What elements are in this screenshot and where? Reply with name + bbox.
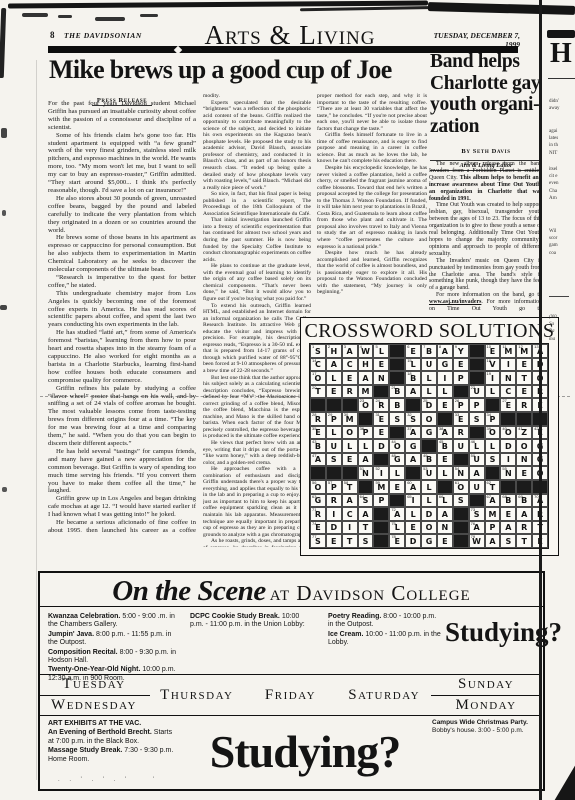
crossword-black-cell xyxy=(500,480,516,494)
crossword-cell: 76A xyxy=(469,521,485,535)
crossword-cell: E xyxy=(342,453,358,467)
solution-letter: E xyxy=(311,427,325,439)
paragraph: He became a serious aficionado of fine c… xyxy=(48,519,196,532)
crossword-cell: P xyxy=(485,521,501,535)
paragraph: But lest one think that the author appro… xyxy=(203,375,311,440)
solution-letter: G xyxy=(422,535,436,547)
solution-letter: S xyxy=(311,535,325,547)
solution-letter: M xyxy=(374,481,388,493)
crossword-black-cell xyxy=(421,439,437,453)
event-item: Kwanzaa Celebration. 5:00 - 9:00 .m. in … xyxy=(48,613,176,630)
crossword-box: CROSSWORD SOLUTIONS 1S2H3A4W5L6E7B8A9Y10… xyxy=(300,317,559,556)
crossword-cell: L xyxy=(326,371,342,385)
solution-letter: P xyxy=(374,495,388,507)
crossword-cell: E xyxy=(516,466,532,480)
crossword-cell: P xyxy=(453,371,469,385)
solution-letter: R xyxy=(327,495,341,507)
solution-letter: M xyxy=(501,345,515,357)
solution-letter: E xyxy=(454,359,468,371)
coffee-column-2: modity. Experts speculated that the desi… xyxy=(203,93,311,547)
headline-line: youth organi- xyxy=(430,94,544,116)
crossword-black-cell xyxy=(358,412,374,426)
solution-letter: L xyxy=(406,508,420,520)
solution-letter: A xyxy=(438,427,452,439)
crossword-cell: A xyxy=(485,534,501,548)
crossword-cell: T xyxy=(342,534,358,548)
solution-letter: T xyxy=(343,481,357,493)
solution-letter: T xyxy=(486,481,500,493)
solution-letter: A xyxy=(486,535,500,547)
crossword-cell: 25D xyxy=(421,398,437,412)
crossword-black-cell xyxy=(516,412,532,426)
solution-letter: N xyxy=(501,467,515,479)
event-name: Poetry Reading. xyxy=(328,613,381,620)
solution-letter: P xyxy=(470,399,484,411)
on-the-scene-banner: On the Scene at Davidson College xyxy=(40,573,543,607)
solution-letter: R xyxy=(311,508,325,520)
crossword-grid: 1S2H3A4W5L6E7B8A9Y10E11M12M13A14CACHE15L… xyxy=(309,343,549,549)
partial-headline-letter: H xyxy=(550,38,572,70)
crossword-black-cell xyxy=(453,534,469,548)
solution-letter: O xyxy=(454,481,468,493)
solution-letter: P xyxy=(359,427,373,439)
solution-letter: C xyxy=(311,359,325,371)
crossword-cell: 60A xyxy=(405,480,421,494)
crossword-cell: O xyxy=(516,439,532,453)
solution-letter: A xyxy=(343,495,357,507)
solution-letter: S xyxy=(501,535,515,547)
crossword-cell: 43B xyxy=(310,439,326,453)
solution-letter: A xyxy=(470,467,484,479)
text-fragment: Wil xyxy=(549,228,558,235)
solution-letter: O xyxy=(422,413,436,425)
solution-letter: P xyxy=(454,399,468,411)
crossword-cell: L xyxy=(485,439,501,453)
paragraph: He brews some of those beans in his apar… xyxy=(48,234,196,274)
edge-text-fragments: (N0SaRama xyxy=(549,314,557,343)
crossword-cell: E xyxy=(516,385,532,399)
crossword-cell: B xyxy=(389,398,405,412)
crossword-cell: E xyxy=(453,358,469,372)
crossword-cell: S xyxy=(358,534,374,548)
coffee-column-1: For the past four years Davidson student… xyxy=(48,100,196,532)
solution-letter: I xyxy=(438,372,452,384)
crossword-cell: E xyxy=(389,480,405,494)
crossword-cell: 39O xyxy=(485,426,501,440)
solution-letter: B xyxy=(422,454,436,466)
event-item: ART EXHIBITS AT THE VAC. xyxy=(48,720,178,728)
crossword-black-cell xyxy=(485,398,501,412)
crossword-black-cell xyxy=(453,507,469,521)
solution-letter: A xyxy=(359,454,373,466)
text-fragment: scor xyxy=(549,235,558,242)
crossword-cell: 49B xyxy=(421,453,437,467)
banner-script-text: On the Scene xyxy=(112,575,266,607)
solution-letter: N xyxy=(359,467,373,479)
solution-letter: R xyxy=(517,399,531,411)
solution-letter: S xyxy=(470,508,484,520)
scan-edge-mark xyxy=(0,8,6,78)
paragraph: Despite his encyclopedic knowledge, he h… xyxy=(317,165,427,250)
event-name: Ice Cream. xyxy=(328,631,363,638)
day-tuesday: Tuesday xyxy=(38,675,150,696)
solution-letter: B xyxy=(501,495,515,507)
crossword-cell: L xyxy=(437,466,453,480)
crossword-cell: R xyxy=(453,426,469,440)
event-item: Composition Recital. 8:00 - 9:30 p.m. in… xyxy=(48,649,176,666)
crossword-cell: 54N xyxy=(453,466,469,480)
coffee-headline: Mike brews up a good cup of Joe xyxy=(49,55,434,85)
crossword-cell: 21B xyxy=(389,385,405,399)
solution-letter: I xyxy=(406,495,420,507)
crossword-cell: 7B xyxy=(421,344,437,358)
paper-name: THE DAVIDSONIAN xyxy=(64,31,142,40)
event-name: Campus Wide Christmas Party. xyxy=(432,719,528,726)
day-monday: Monday xyxy=(431,696,541,716)
day-stack-left: Tuesday Wednesday xyxy=(38,675,150,715)
solution-letter: P xyxy=(454,372,468,384)
solution-letter: B xyxy=(311,440,325,452)
crossword-cell: 77S xyxy=(310,534,326,548)
crossword-black-cell xyxy=(358,480,374,494)
paragraph: He approaches coffee with a rare combina… xyxy=(203,466,311,538)
paragraph: Griffin refines his palate by studying a… xyxy=(48,385,196,448)
crossword-title: CROSSWORD SOLUTIONS xyxy=(301,320,558,343)
solution-letter: Y xyxy=(454,345,468,357)
crossword-cell: 69B xyxy=(516,494,532,508)
paragraph: “Research is imperative to the quest for… xyxy=(48,274,196,290)
crossword-cell: 40O xyxy=(500,426,516,440)
crossword-cell: L xyxy=(389,466,405,480)
paragraph: He plans to continue at the graduate lev… xyxy=(203,263,311,302)
event-name: Kwanzaa Celebration. xyxy=(48,613,120,620)
solution-letter: D xyxy=(422,508,436,520)
crossword-black-cell xyxy=(437,412,453,426)
text-fragment: NIT xyxy=(549,150,558,157)
text-fragment: away xyxy=(549,105,560,112)
solution-letter: L xyxy=(486,440,500,452)
crossword-cell: L xyxy=(421,371,437,385)
crossword-cell: 3A xyxy=(342,344,358,358)
crossword-cell: 79W xyxy=(469,534,485,548)
event-item: Massage Study Break. 7:30 - 9:30 p.m. Ho… xyxy=(48,747,178,764)
crossword-cell: A xyxy=(358,453,374,467)
crossword-cell: 34P xyxy=(485,412,501,426)
solution-letter: P xyxy=(327,481,341,493)
solution-letter: S xyxy=(486,454,500,466)
solution-letter: E xyxy=(311,522,325,534)
crossword-cell: 59M xyxy=(373,480,389,494)
solution-letter: A xyxy=(311,454,325,466)
studying-text-large: Studying? xyxy=(180,725,430,778)
edge-rule xyxy=(549,296,569,297)
solution-letter: E xyxy=(374,413,388,425)
solution-letter: E xyxy=(390,535,404,547)
crossword-cell: 44O xyxy=(389,439,405,453)
crossword-cell: 14C xyxy=(310,358,326,372)
crossword-black-cell xyxy=(405,466,421,480)
crossword-cell: E xyxy=(437,453,453,467)
crossword-cell: 6E xyxy=(405,344,421,358)
crossword-cell: N xyxy=(516,453,532,467)
headline-line: zation xyxy=(430,116,544,138)
event-item: Poetry Reading. 8:00 - 10:00 p.m. in the… xyxy=(328,613,443,630)
paragraph: As he roasts, grinds, doses, and tamps a… xyxy=(203,538,311,547)
crossword-cell: E xyxy=(437,534,453,548)
solution-letter: L xyxy=(438,495,452,507)
paragraph: To extend his outreach, Griffin learned … xyxy=(203,303,311,375)
crossword-cell: G xyxy=(421,426,437,440)
bottom-left-events: ART EXHIBITS AT THE VAC. An Evening of B… xyxy=(48,720,178,765)
crossword-cell: R xyxy=(342,385,358,399)
crossword-cell: C xyxy=(500,385,516,399)
event-item: Campus Wide Christmas Party. Bobby's hou… xyxy=(432,719,538,734)
paragraph: The Invaders' music on Queen City is pun… xyxy=(429,258,542,293)
solution-letter: P xyxy=(486,522,500,534)
crossword-cell: D xyxy=(500,439,516,453)
paragraph: For more information on the band, go to … xyxy=(429,292,542,311)
crossword-black-cell xyxy=(453,453,469,467)
crossword-cell: 62T xyxy=(485,480,501,494)
solution-letter: L xyxy=(390,522,404,534)
crossword-cell: 2H xyxy=(326,344,342,358)
solution-letter: U xyxy=(454,440,468,452)
solution-letter: L xyxy=(422,372,436,384)
solution-letter: N xyxy=(438,522,452,534)
crossword-cell: 31E xyxy=(373,412,389,426)
solution-letter: E xyxy=(390,481,404,493)
solution-letter: A xyxy=(406,454,420,466)
crossword-black-cell xyxy=(342,398,358,412)
headline-line: Band helps xyxy=(430,51,544,73)
paragraph: For the past four years Davidson student… xyxy=(48,100,196,132)
crossword-cell: I xyxy=(437,371,453,385)
scan-blob xyxy=(22,13,48,17)
crossword-cell: N xyxy=(373,371,389,385)
crossword-cell: 56O xyxy=(310,480,326,494)
page-gutter-line xyxy=(539,0,542,800)
author-name: By Seth Davis xyxy=(461,148,510,155)
crossword-black-cell xyxy=(326,398,342,412)
paragraph: Griffin feels himself fortunate to live … xyxy=(317,132,427,165)
crossword-cell: P xyxy=(469,398,485,412)
solution-letter: S xyxy=(454,495,468,507)
solution-letter: T xyxy=(517,372,531,384)
solution-letter: A xyxy=(359,508,373,520)
solution-letter: B xyxy=(517,495,531,507)
crossword-cell: 23O xyxy=(358,398,374,412)
text-fragment: Arn xyxy=(549,195,558,202)
solution-letter: O xyxy=(311,372,325,384)
headline-line: Charlotte gay xyxy=(430,73,544,95)
solution-letter: M xyxy=(486,508,500,520)
crossword-cell: 68B xyxy=(500,494,516,508)
solution-letter: T xyxy=(311,386,325,398)
crossword-black-cell xyxy=(389,426,405,440)
paragraph: proper method for each step, and why it … xyxy=(317,93,427,132)
solution-letter: B xyxy=(390,386,404,398)
crossword-black-cell xyxy=(485,466,501,480)
solution-letter: O xyxy=(311,481,325,493)
crossword-cell: 72A xyxy=(389,507,405,521)
paragraph: Despite how much he has already accompli… xyxy=(317,250,427,296)
crossword-cell: C xyxy=(342,507,358,521)
crossword-cell: 51N xyxy=(358,466,374,480)
crossword-black-cell xyxy=(389,371,405,385)
paragraph: He has held several “tastings” for campu… xyxy=(48,448,196,495)
crossword-cell: 10E xyxy=(485,344,501,358)
crossword-cell: R xyxy=(516,398,532,412)
paragraph: Some of his friends claim he's gone too … xyxy=(48,132,196,195)
crossword-cell: E xyxy=(373,358,389,372)
crossword-cell: L xyxy=(421,480,437,494)
band-body: The new album release from the band Inva… xyxy=(429,161,542,311)
crossword-cell: 38A xyxy=(437,426,453,440)
crossword-cell: 1S xyxy=(310,344,326,358)
text-fragment: itsel xyxy=(549,166,558,173)
solution-letter: E xyxy=(438,535,452,547)
crossword-cell: 22U xyxy=(469,385,485,399)
solution-letter: A xyxy=(486,495,500,507)
solution-letter: L xyxy=(470,440,484,452)
solution-letter: O xyxy=(343,427,357,439)
crossword-black-cell xyxy=(469,426,485,440)
crossword-black-cell xyxy=(326,466,342,480)
text-fragment: lates xyxy=(549,135,558,142)
edge-text-fragments: agailatesin thNIT xyxy=(549,128,558,157)
solution-letter: H xyxy=(327,345,341,357)
solution-letter: G xyxy=(438,359,452,371)
text-fragment: ma xyxy=(549,336,557,343)
solution-letter: L xyxy=(486,386,500,398)
solution-letter: Z xyxy=(517,427,531,439)
crossword-cell: D xyxy=(373,439,389,453)
crossword-cell: A xyxy=(405,453,421,467)
solution-letter: B xyxy=(390,399,404,411)
edge-text-fragments: itselcit eevenChaArn xyxy=(549,166,558,202)
crossword-cell: 78E xyxy=(389,534,405,548)
day-saturday: Saturday xyxy=(337,675,431,715)
event-item: DCPC Cookie Study Break. 10:00 p.m. - 11… xyxy=(190,613,310,630)
crossword-cell: L xyxy=(326,426,342,440)
crossword-black-cell xyxy=(373,521,389,535)
event-item: Jumpin' Java. 8:00 p.m. - 11:55 p.m. in … xyxy=(48,631,176,648)
solution-letter: S xyxy=(359,495,373,507)
solution-letter: A xyxy=(390,508,404,520)
solution-letter: L xyxy=(327,372,341,384)
crossword-cell: A xyxy=(326,358,342,372)
paragraph: He views that perfect brew with an artis… xyxy=(203,440,311,466)
crossword-black-cell xyxy=(405,398,421,412)
event-name: An Evening of Berthold Brecht. xyxy=(48,729,152,736)
solution-letter: W xyxy=(359,345,373,357)
solution-letter: L xyxy=(374,345,388,357)
crossword-cell: 61O xyxy=(453,480,469,494)
crossword-black-cell xyxy=(373,534,389,548)
crossword-black-cell xyxy=(469,494,485,508)
solution-letter: S xyxy=(406,413,420,425)
scan-streak xyxy=(428,2,575,15)
on-the-scene: On the Scene at Davidson College Kwanzaa… xyxy=(38,571,545,791)
solution-letter: L xyxy=(422,481,436,493)
solution-letter: E xyxy=(438,454,452,466)
text-fragment: (N0 xyxy=(549,314,557,321)
solution-letter: S xyxy=(327,454,341,466)
crossword-cell: L xyxy=(485,385,501,399)
crossword-black-cell xyxy=(469,344,485,358)
solution-letter: R xyxy=(454,427,468,439)
solution-letter: E xyxy=(374,359,388,371)
solution-letter: S xyxy=(390,413,404,425)
crossword-cell: E xyxy=(500,507,516,521)
crossword-cell: N xyxy=(500,371,516,385)
crossword-cell: E xyxy=(437,398,453,412)
solution-letter: L xyxy=(406,359,420,371)
event-item: Ice Cream. 10:00 - 11:00 p.m. in the Lob… xyxy=(328,631,443,648)
events-column-2: DCPC Cookie Study Break. 10:00 p.m. - 11… xyxy=(190,613,310,631)
crossword-cell: 16V xyxy=(485,358,501,372)
crossword-black-cell xyxy=(516,480,532,494)
crossword-cell: A xyxy=(469,466,485,480)
days-of-week-band: Tuesday Wednesday Thursday Friday Saturd… xyxy=(38,674,541,716)
crossword-cell: T xyxy=(516,371,532,385)
bottom-right-events: Campus Wide Christmas Party. Bobby's hou… xyxy=(432,719,538,735)
solution-letter: D xyxy=(406,535,420,547)
crossword-cell: U xyxy=(421,358,437,372)
crossword-black-cell xyxy=(389,358,405,372)
crossword-cell: R xyxy=(516,521,532,535)
crossword-black-cell xyxy=(373,453,389,467)
crossword-cell: L xyxy=(421,494,437,508)
solution-letter: B xyxy=(406,372,420,384)
crossword-cell: 37A xyxy=(405,426,421,440)
solution-letter: E xyxy=(343,454,357,466)
crossword-cell: 48G xyxy=(389,453,405,467)
crossword-cell: P xyxy=(373,494,389,508)
solution-letter: R xyxy=(343,386,357,398)
scan-dot-marks: . . ' . ' . ' ' xyxy=(58,777,158,783)
crossword-cell: 55N xyxy=(500,466,516,480)
text-fragment: Sa xyxy=(549,321,557,328)
solution-letter: B xyxy=(438,440,452,452)
solution-letter: L xyxy=(422,386,436,398)
events-column-3: Poetry Reading. 8:00 - 10:00 p.m. in the… xyxy=(328,613,443,649)
day-thursday: Thursday xyxy=(150,675,244,715)
text-fragment: didn' xyxy=(549,98,560,105)
solution-letter: T xyxy=(343,535,357,547)
crossword-cell: 41Z xyxy=(516,426,532,440)
solution-letter: O xyxy=(422,522,436,534)
solution-letter: C xyxy=(343,359,357,371)
paragraph: Griffin grew up in Los Angeles and began… xyxy=(48,495,196,519)
solution-letter: I xyxy=(486,372,500,384)
crossword-cell: H xyxy=(358,358,374,372)
crossword-cell: S xyxy=(469,412,485,426)
solution-letter: L xyxy=(438,386,452,398)
solution-letter: I xyxy=(343,522,357,534)
crossword-cell: E xyxy=(516,358,532,372)
text-fragment: coa xyxy=(549,250,558,257)
text-fragment: Ra xyxy=(549,328,557,335)
solution-letter: A xyxy=(438,508,452,520)
scan-blob xyxy=(58,15,72,18)
solution-letter: I xyxy=(374,467,388,479)
crossword-cell: I xyxy=(342,521,358,535)
crossword-cell: O xyxy=(421,412,437,426)
crossword-cell: 18B xyxy=(405,371,421,385)
page-fold-line xyxy=(36,60,37,780)
crossword-cell: 28R xyxy=(310,412,326,426)
